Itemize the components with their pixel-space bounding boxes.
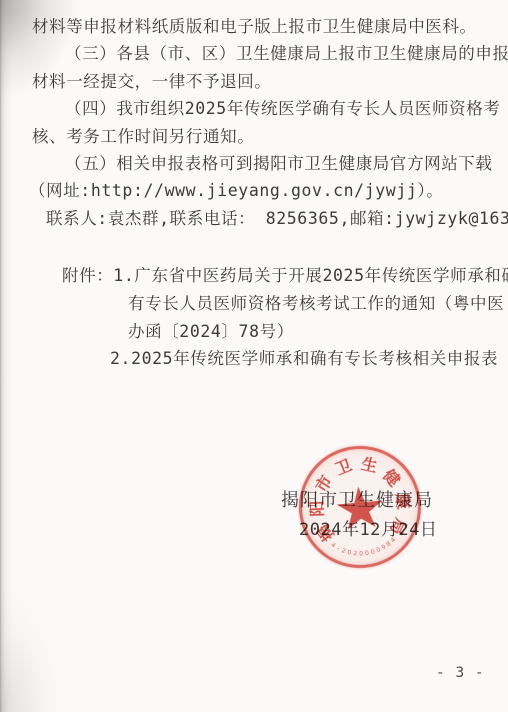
attachment-line: 有专长人员医师资格考核考试工作的通知（粤中医 — [128, 290, 508, 318]
body-text-line-contact: 联系人:袁杰群,联系电话： 8256365,邮箱:jywjzyk@163.com… — [46, 205, 508, 232]
serial-char: 0 — [347, 549, 352, 557]
document-page: 材料等申报材料纸质版和电子版上报市卫生健康局中医科。 （三）各县（市、区）卫生健… — [0, 0, 508, 712]
serial-char: 0 — [365, 550, 370, 557]
signature-date: 2024年12月24日 — [299, 515, 437, 540]
attachment-line: 附件：1.广东省中医药局关于开展2025年传统医学师承和确 — [62, 262, 508, 290]
page-number: - 3 - — [436, 665, 485, 681]
serial-char: 8 — [385, 540, 392, 548]
body-text-line: （四）我市组织2025年传统医学确有专长人员医师资格考 — [65, 95, 508, 122]
serial-char: 9 — [380, 544, 387, 552]
scan-corner-shadow-bottom — [0, 592, 60, 712]
attachment-block: 附件：1.广东省中医药局关于开展2025年传统医学师承和确 有专长人员医师资格考… — [0, 262, 508, 373]
body-text-line: 核、考务工作时间另行通知。 — [32, 123, 508, 150]
body-text-line: （三）各县（市、区）卫生健康局上报市卫生健康局的申报 — [65, 40, 508, 67]
serial-char: 0 — [359, 550, 363, 557]
serial-char: 0 — [375, 546, 381, 554]
signature-org-name: 揭阳市卫生健康局 — [281, 486, 433, 512]
attachment-line: 办函〔2024〕78号） — [128, 318, 508, 346]
body-text-line: （五）相关申报表格可到揭阳市卫生健康局官方网站下载 — [65, 150, 508, 177]
seal-ring-text: 揭阳市卫生健康局 — [294, 441, 416, 452]
serial-char: 2 — [353, 550, 358, 557]
serial-char: 0 — [370, 548, 376, 556]
seal-serial: 4-2020000984 — [294, 441, 416, 452]
serial-char: - — [336, 545, 341, 552]
serial-char: 2 — [341, 547, 347, 555]
attachment-line: 2.2025年传统医学师承和确有专长考核相关申报表 — [110, 345, 508, 373]
ring-char: 卫 — [331, 453, 355, 480]
body-text-line: 材料等申报材料纸质版和电子版上报市卫生健康局中医科。 — [32, 13, 508, 40]
body-text-line: 材料一经提交，一律不予退回。 — [32, 68, 508, 95]
document-body-text: 材料等申报材料纸质版和电子版上报市卫生健康局中医科。 （三）各县（市、区）卫生健… — [0, 13, 508, 232]
ring-char: 生 — [359, 451, 380, 477]
body-text-line-url: （网址:http://www.jieyang.gov.cn/jywjj）。 — [29, 177, 508, 204]
serial-char: 4 — [329, 542, 336, 550]
